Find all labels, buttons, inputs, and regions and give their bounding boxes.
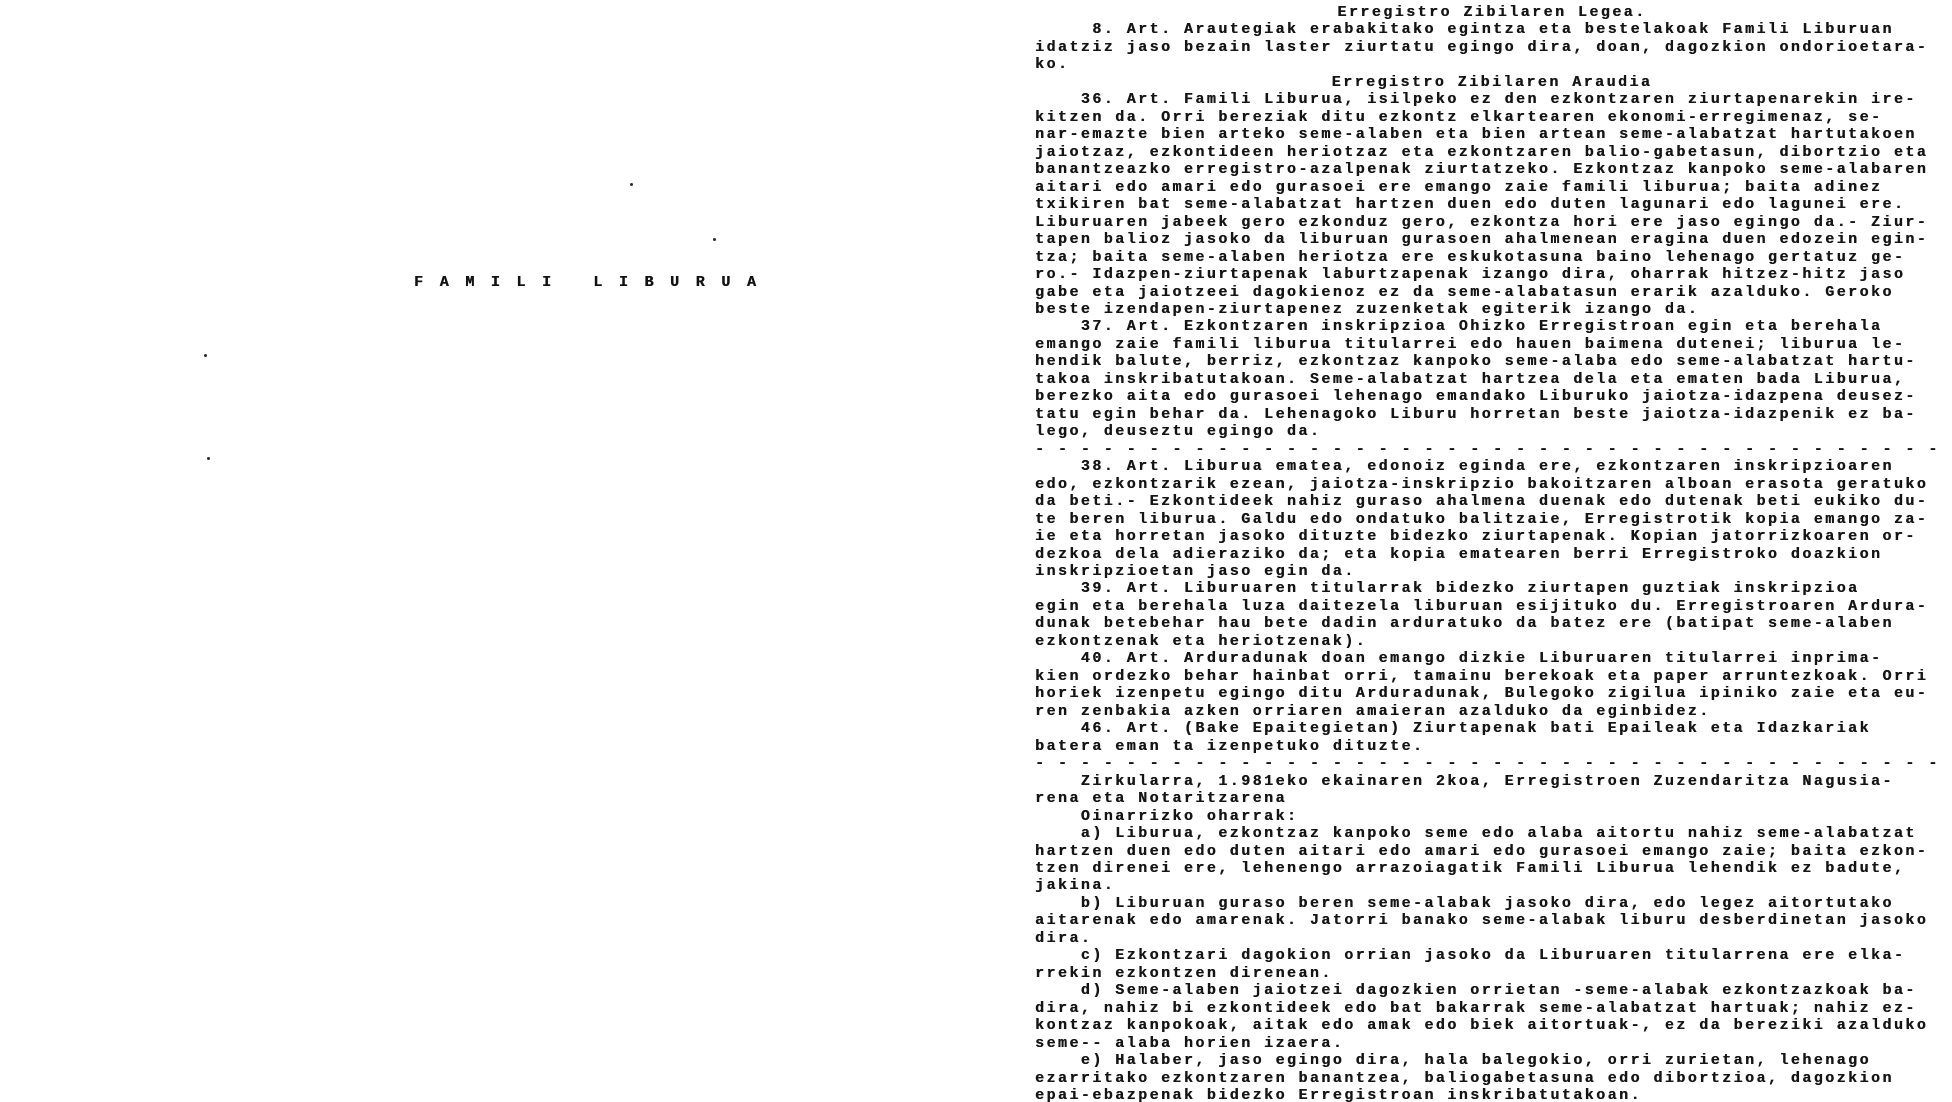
text-line: 40. Art. Arduradunak doan emango dizkie … xyxy=(1035,650,1949,667)
text-line: a) Liburua, ezkontzaz kanpoko seme edo a… xyxy=(1035,825,1949,842)
text-line: dira, nahiz bi ezkontideek edo bat bakar… xyxy=(1035,1000,1949,1017)
text-line: epai-ebazpenak bidezko Erregistroan insk… xyxy=(1035,1087,1949,1102)
document-text-column: Erregistro Zibilaren Legea. 8. Art. Arau… xyxy=(1035,4,1949,1102)
text-line: tapen balioz jasoko da liburuan gurasoen… xyxy=(1035,231,1949,248)
text-line: c) Ezkontzari dagokion orrian jasoko da … xyxy=(1035,947,1949,964)
text-line: b) Liburuan guraso beren seme-alabak jas… xyxy=(1035,895,1949,912)
text-line: dira. xyxy=(1035,930,1949,947)
text-line: jaiotzaz, ezkontideen heriotzaz eta ezko… xyxy=(1035,144,1949,161)
scanned-document-page: F A M I L I L I B U R U A Erregistro Zib… xyxy=(0,0,1952,1102)
text-line: emango zaie famili liburua titularrei ed… xyxy=(1035,336,1949,353)
text-line: ro.- Idazpen-ziurtapenak laburtzapenak i… xyxy=(1035,266,1949,283)
dashed-separator: - - - - - - - - - - - - - - - - - - - - … xyxy=(1035,441,1949,458)
text-line: dunak betebehar hau bete dadin arduratuk… xyxy=(1035,615,1949,632)
text-line: 36. Art. Famili Liburua, isilpeko ez den… xyxy=(1035,91,1949,108)
text-line: lego, deuseztu egingo da. xyxy=(1035,423,1949,440)
text-line: Oinarrizko oharrak: xyxy=(1035,808,1949,825)
text-line: e) Halaber, jaso egingo dira, hala baleg… xyxy=(1035,1052,1949,1069)
text-line: 37. Art. Ezkontzaren inskripzioa Ohizko … xyxy=(1035,318,1949,335)
text-line: ren zenbakia azken orriaren amaieran aza… xyxy=(1035,703,1949,720)
text-line: hendik balute, berriz, ezkontzaz kanpoko… xyxy=(1035,353,1949,370)
scan-speck xyxy=(713,238,716,241)
text-line: inskripzioetan jaso egin da. xyxy=(1035,563,1949,580)
document-left-title: F A M I L I L I B U R U A xyxy=(414,274,760,291)
text-line: berezko aita edo gurasoei lehenago emand… xyxy=(1035,388,1949,405)
text-line: aitari edo amari edo gurasoei ere emango… xyxy=(1035,179,1949,196)
text-line: tza; baita seme-alaben heriotza ere esku… xyxy=(1035,249,1949,266)
text-line: ezarritako ezkontzaren banantzea, baliog… xyxy=(1035,1070,1949,1087)
text-line: nar-emazte bien arteko seme-alaben eta b… xyxy=(1035,126,1949,143)
text-line: aitarenak edo amarenak. Jatorri banako s… xyxy=(1035,912,1949,929)
text-line: beste izendapen-ziurtapenez zuzenketak e… xyxy=(1035,301,1949,318)
text-line: hartzen duen edo duten aitari edo amari … xyxy=(1035,843,1949,860)
section-heading: Erregistro Zibilaren Araudia xyxy=(1035,74,1949,91)
text-line: seme-- alaba horien izaera. xyxy=(1035,1035,1949,1052)
text-line: tzen direnei ere, lehenengo arrazoiagati… xyxy=(1035,860,1949,877)
text-line: idatziz jaso bezain laster ziurtatu egin… xyxy=(1035,39,1949,56)
text-line: Zirkularra, 1.981eko ekainaren 2koa, Err… xyxy=(1035,773,1949,790)
dashed-separator: - - - - - - - - - - - - - - - - - - - - … xyxy=(1035,755,1949,772)
text-line: takoa inskribatutakoan. Seme-alabatzat h… xyxy=(1035,371,1949,388)
text-line: d) Seme-alaben jaiotzei dagozkien orriet… xyxy=(1035,982,1949,999)
text-line: egin eta berehala luza daitezela liburua… xyxy=(1035,598,1949,615)
text-line: 46. Art. (Bake Epaitegietan) Ziurtapenak… xyxy=(1035,720,1949,737)
text-line: gabe eta jaiotzeei dagokienoz ez da seme… xyxy=(1035,284,1949,301)
text-line: 38. Art. Liburua ematea, edonoiz eginda … xyxy=(1035,458,1949,475)
text-line: kitzen da. Orri bereziak ditu ezkontz el… xyxy=(1035,109,1949,126)
text-line: ezkontzenak eta heriotzenak). xyxy=(1035,633,1949,650)
text-line: rrekin ezkontzen direnean. xyxy=(1035,965,1949,982)
scan-speck xyxy=(207,457,210,460)
text-line: 8. Art. Arautegiak erabakitako egintza e… xyxy=(1035,21,1949,38)
scan-speck xyxy=(630,183,633,186)
text-line: ko. xyxy=(1035,56,1949,73)
text-line: rena eta Notaritzarena xyxy=(1035,790,1949,807)
text-line: da beti.- Ezkontideek nahiz guraso ahalm… xyxy=(1035,493,1949,510)
text-line: tatu egin behar da. Lehenagoko Liburu ho… xyxy=(1035,406,1949,423)
text-line: kien ordezko behar hainbat orri, tamainu… xyxy=(1035,668,1949,685)
text-line: 39. Art. Liburuaren titularrak bidezko z… xyxy=(1035,580,1949,597)
text-line: dezkoa dela adieraziko da; eta kopia ema… xyxy=(1035,546,1949,563)
text-line: horiek izenpetu egingo ditu Arduradunak,… xyxy=(1035,685,1949,702)
text-line: kontzaz kanpokoak, aitak edo amak edo bi… xyxy=(1035,1017,1949,1034)
text-line: Liburuaren jabeek gero ezkonduz gero, ez… xyxy=(1035,214,1949,231)
text-line: te beren liburua. Galdu edo ondatuko bal… xyxy=(1035,511,1949,528)
text-line: jakina. xyxy=(1035,877,1949,894)
text-line: edo, ezkontzarik ezean, jaiotza-inskripz… xyxy=(1035,476,1949,493)
text-line: batera eman ta izenpetuko dituzte. xyxy=(1035,738,1949,755)
scan-speck xyxy=(204,354,207,357)
text-line: txikiren bat seme-alabatzat hartzen duen… xyxy=(1035,196,1949,213)
text-line: banantzeazko erregistro-azalpenak ziurta… xyxy=(1035,161,1949,178)
text-line: ie eta horretan jasoko dituzte bidezko z… xyxy=(1035,528,1949,545)
section-heading: Erregistro Zibilaren Legea. xyxy=(1035,4,1949,21)
